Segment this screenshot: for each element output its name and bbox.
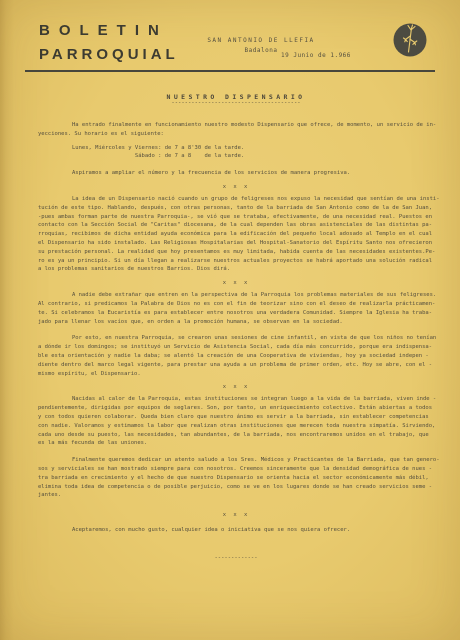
paragraph-closing: Aceptaremos, con mucho gusto, cualquier …: [38, 526, 434, 535]
section-separator: x x x: [38, 511, 434, 519]
paragraph-institutions: Nacidas al calor de la Parroquia, estas …: [38, 395, 434, 448]
end-divider: -------------: [38, 555, 434, 561]
bulletin-title-line1: BOLETIN: [39, 22, 168, 39]
masthead-center-block: SAN ANTONIO DE LLEFIA Badalona 19 Junio …: [186, 37, 366, 54]
masthead-divider: [25, 70, 435, 72]
paragraph-history: La idea de un Dispensario nació cuando u…: [38, 195, 434, 274]
bulletin-page: BOLETIN PARROQUIAL SAN ANTONIO DE LLEFIA…: [0, 0, 460, 640]
section-separator: x x x: [38, 183, 434, 191]
article-title-underline: ---------------------------------------: [38, 101, 434, 105]
paragraph-initiatives: Por esto, en nuestra Parroquia, se crear…: [38, 334, 434, 378]
article: NUESTRO DISPENSARIO --------------------…: [38, 93, 434, 561]
section-separator: x x x: [38, 383, 434, 391]
paragraph-mission: A nadie debe extrañar que entren en la p…: [38, 291, 434, 326]
issue-date: 19 Junio de 1.966: [281, 52, 391, 59]
parish-name: SAN ANTONIO DE LLEFIA: [186, 37, 336, 44]
plant-sprig-icon: [392, 22, 428, 58]
parish-logo: [392, 22, 428, 58]
schedule-block: Lunes, Miércoles y Viernes: de 7 a 8'30 …: [72, 144, 434, 162]
paragraph-doctors: Finalmente queremos dedicar un atento sa…: [38, 456, 434, 500]
paragraph-expansion: Aspiramos a ampliar el número y la frecu…: [38, 169, 434, 178]
paragraph-intro: Ha entrado finalmente en funcionamiento …: [38, 121, 434, 139]
masthead: BOLETIN PARROQUIAL SAN ANTONIO DE LLEFIA…: [0, 0, 460, 80]
bulletin-title-line2: PARROQUIAL: [39, 46, 179, 63]
section-separator: x x x: [38, 279, 434, 287]
